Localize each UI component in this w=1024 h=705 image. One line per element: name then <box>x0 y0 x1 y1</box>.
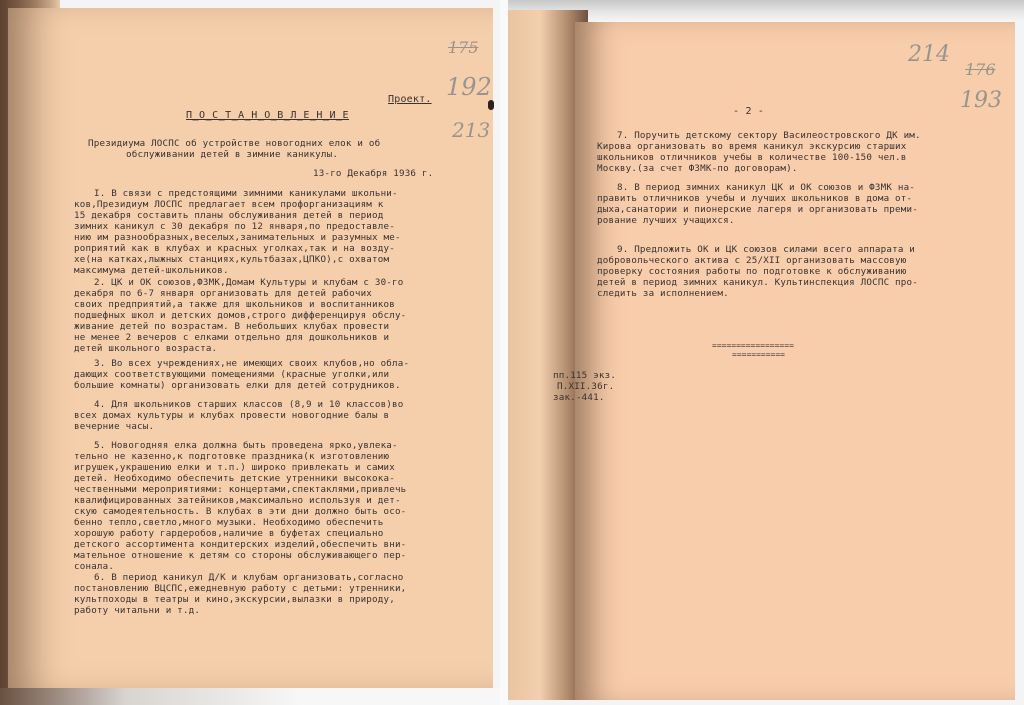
separator-line: =========== <box>732 349 785 360</box>
draft-label: Проект. <box>388 94 432 105</box>
text-line: сонала. <box>74 561 114 572</box>
pencil-folio-mark: 213 <box>452 118 490 142</box>
text-line: большие комнаты) организовать елки для д… <box>74 380 401 391</box>
scan-edge <box>0 688 500 705</box>
text-line: 6. В период каникул Д/К и клубам организ… <box>94 572 404 583</box>
pencil-folio-mark: 214 <box>908 42 950 67</box>
text-line: зимних каникул с 30 декабря по 12 января… <box>74 221 395 232</box>
text-line: I. В связи с предстоящими зимними канику… <box>94 188 398 199</box>
text-line: детей. Необходимо обеспечить детские утр… <box>74 473 395 484</box>
text-line: 15 декабря составить планы обслуживания … <box>74 210 384 221</box>
right-page: 214 176 193 - 2 - 7. Поручить детскому с… <box>575 22 1015 700</box>
text-line: чественными мероприятиями: концертами,сп… <box>74 484 406 495</box>
text-line: 9. Предложить ОК и ЦК союзов силами всег… <box>617 244 915 255</box>
text-line: 4. Для школьников старших классов (8,9 и… <box>94 399 404 410</box>
text-line: добровольческого актива с 25/XII организ… <box>597 255 907 266</box>
text-line: постановлению ВЦСПС,ежедневную работу с … <box>74 583 406 594</box>
text-line: скую самодеятельность. В клубах в эти дн… <box>74 506 406 517</box>
text-line: квалифицированных затейников,максимально… <box>74 495 401 506</box>
text-line: детей в период зимних каникул. Культинсп… <box>597 277 918 288</box>
text-line: 8. В период зимних каникул ЦК и ОК союзо… <box>617 182 915 193</box>
document-date: 13-го Декабря 1936 г. <box>313 168 433 179</box>
pencil-folio-mark: 176 <box>965 60 996 79</box>
text-line: не менее 2 вечеров с елками отдельно для… <box>74 332 389 343</box>
scanned-spread: 175 192 213 Проект. П_О_С_Т_А_Н_О_В_Л_Е_… <box>0 0 1024 705</box>
text-line: дающих соответствующими помещениями (кра… <box>74 369 389 380</box>
text-line: школьников отличников учебы в количестве… <box>597 152 907 163</box>
text-line: 3. Во всех учреждениях,не имеющих своих … <box>94 358 409 369</box>
text-line: детей школьного возраста. <box>74 343 217 354</box>
text-line: править отличников учебы и лучших школьн… <box>597 193 912 204</box>
pencil-folio-mark: 175 <box>448 38 479 57</box>
footer-note: П.XII.36г. <box>557 381 614 392</box>
text-line: хорошую работу гардеробов,наличие в буфе… <box>74 528 384 539</box>
text-line: роприятий как в клубах и красных уголках… <box>74 243 395 254</box>
text-line: Кирова организовать во время каникул экс… <box>597 141 907 152</box>
text-line: Москву.(за счет ФЗМК-по договорам). <box>597 163 798 174</box>
text-line: ков,Президиум ЛОСПС предлагает всем проф… <box>74 199 384 210</box>
pencil-folio-mark: 192 <box>446 73 492 101</box>
text-line: игрушек,украшению елки и т.п.) широко пр… <box>74 462 395 473</box>
subtitle-line: обслуживании детей в зимние каникулы. <box>126 149 338 160</box>
text-line: 5. Новогодняя елка должна быть проведена… <box>94 440 398 451</box>
text-line: тельно не казенно,к подготовке праздника… <box>74 451 389 462</box>
text-line: своих предприятий,а также для школьников… <box>74 299 395 310</box>
text-line: вечерние часы. <box>74 421 154 432</box>
left-page: 175 192 213 Проект. П_О_С_Т_А_Н_О_В_Л_Е_… <box>8 8 493 688</box>
text-line: проверку состояния работы по подготовке … <box>597 266 907 277</box>
page-number: - 2 - <box>733 106 764 117</box>
text-line: нию им разнообразных,веселых,занимательн… <box>74 232 401 243</box>
page-gutter <box>500 0 508 705</box>
text-line: всех домах культуры и клубах провести но… <box>74 410 389 421</box>
text-line: рование лучших учащихся. <box>597 215 735 226</box>
text-line: 7. Поручить детскому сектору Василеостро… <box>617 130 921 141</box>
text-line: живание детей по возрастам. В небольших … <box>74 321 389 332</box>
text-line: бенно тепло,светло,много музыки. Необход… <box>74 517 384 528</box>
footer-note: зак.-441. <box>553 392 605 403</box>
footer-note: пп.115 экз. <box>553 370 616 381</box>
document-title: П_О_С_Т_А_Н_О_В_Л_Е_Н_И_Е <box>186 110 349 121</box>
text-line: дыха,санатории и пионерские лагеря и орг… <box>597 204 918 215</box>
subtitle-line: Президиума ЛОСПС об устройстве новогодни… <box>88 138 380 149</box>
text-line: мательное отношение к детям со стороны о… <box>74 550 406 561</box>
pencil-folio-mark: 193 <box>960 88 1002 113</box>
text-line: максимума детей-школьников. <box>74 265 229 276</box>
text-line: 2. ЦК и ОК союзов,ФЗМК,Домам Культуры и … <box>94 277 404 288</box>
text-line: работу читальни и т.д. <box>74 605 200 616</box>
text-line: детского ассортимента кондитерских издел… <box>74 539 406 550</box>
text-line: культпоходы в театры и кино,экскурсии,вы… <box>74 594 395 605</box>
text-line: следить за исполнением. <box>597 288 729 299</box>
ink-dot <box>488 100 494 110</box>
text-line: хе(на катках,лыжных станциях,культбазах,… <box>74 254 389 265</box>
text-line: подшефных школ и детских домов,строго ди… <box>74 310 406 321</box>
text-line: декабря по 6-7 января организовать для д… <box>74 288 372 299</box>
